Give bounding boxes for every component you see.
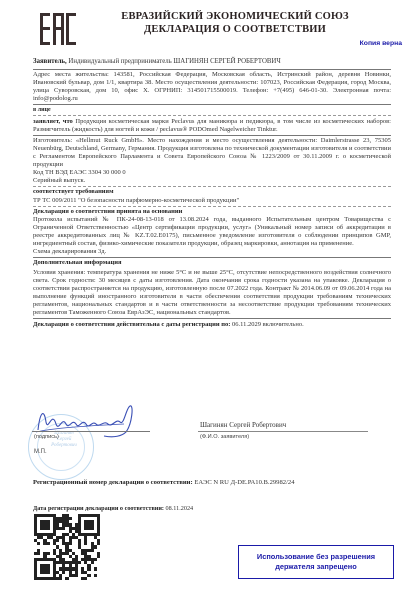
declares-label: заявляет, что: [33, 118, 73, 125]
qr-code-icon[interactable]: [34, 514, 100, 580]
applicant-line: Заявитель, Индивидуальный предпринимател…: [33, 58, 391, 66]
signature-icon: [34, 402, 144, 438]
registration-number-value: ЕАЭС N RU Д-DE.РА10.В.29982/24: [193, 479, 295, 486]
requirements-value: ТР ТС 009/2011 "О безопасности парфюмерн…: [33, 197, 391, 205]
registration-number: Регистрационный номер декларации о соотв…: [33, 479, 295, 486]
title-union: ЕВРАЗИЙСКИЙ ЭКОНОМИЧЕСКИЙ СОЮЗ: [110, 10, 360, 23]
manufacturer-info: Изготовитель: «Hellmut Ruck GmbH». Место…: [33, 137, 391, 169]
validity-label: Декларация о соответствии действительна …: [33, 321, 230, 328]
eac-letter-c: [66, 13, 77, 45]
divider: [33, 257, 391, 258]
applicant-address: Адрес места жительства: 143581, Российск…: [33, 71, 391, 103]
serial-release: Серийный выпуск.: [33, 177, 391, 185]
registration-number-label: Регистрационный номер декларации о соотв…: [33, 479, 193, 486]
divider: [33, 318, 391, 319]
eac-logo: [40, 13, 78, 45]
eac-letter-a: [53, 13, 64, 45]
registration-date-label: Дата регистрации декларации о соответств…: [33, 505, 164, 512]
applicant-value: Индивидуальный предприниматель ШАГИНЯН С…: [67, 58, 281, 65]
signature-caption: (подпись): [34, 434, 59, 440]
validity-date: 06.11.2029 включительно.: [230, 321, 303, 328]
usage-warning-stamp: Использование без разрешения держателя з…: [238, 545, 394, 579]
signature-area: Шагинян Сергей Робертович (подпись) М.П.…: [20, 400, 400, 470]
product-description: заявляет, что Продукция косметическая ма…: [33, 118, 391, 134]
divider: [33, 115, 391, 116]
name-line: [198, 431, 368, 432]
validity-line: Декларация о соответствии действительна …: [33, 321, 391, 329]
applicant-full-name: Шагинян Сергей Робертович: [200, 421, 286, 429]
basis-text: Протокола испытаний № ПК-24-08-13-018 от…: [33, 216, 391, 248]
eac-letter-e: [40, 13, 51, 45]
registration-date-value: 08.11.2024: [164, 505, 193, 512]
additional-info-text: Условия хранения: температура хранения н…: [33, 269, 391, 317]
divider: [33, 186, 391, 187]
divider: [33, 206, 391, 207]
divider: [33, 104, 391, 105]
stamp-place-label: М.П.: [34, 449, 47, 455]
tn-ved-code: Код ТН ВЭД ЕАЭС 3304 30 000 0: [33, 169, 391, 177]
declaration-scheme: Схема декларирования 3д.: [33, 248, 391, 256]
divider: [33, 135, 391, 136]
copy-certified-label: Копия верна: [360, 40, 402, 47]
title-declaration: ДЕКЛАРАЦИЯ О СООТВЕТСТВИИ: [110, 23, 360, 36]
registration-date: Дата регистрации декларации о соответств…: [33, 505, 193, 512]
requirements-label: соответствует требованиям: [33, 188, 391, 196]
additional-info-label: Дополнительная информация: [33, 259, 391, 267]
in-person-label: в лице: [33, 106, 391, 114]
declaration-body: Заявитель, Индивидуальный предпринимател…: [33, 58, 391, 329]
signature-line: [32, 431, 150, 432]
declares-text: Продукция косметическая марки Peclavus д…: [33, 118, 391, 133]
name-caption: (Ф.И.О. заявителя): [200, 434, 249, 440]
basis-label: Декларация о соответствии принята на осн…: [33, 208, 391, 216]
qr-code-grid: [34, 514, 100, 580]
divider: [33, 69, 391, 70]
applicant-label: Заявитель,: [33, 58, 67, 65]
document-title: ЕВРАЗИЙСКИЙ ЭКОНОМИЧЕСКИЙ СОЮЗ ДЕКЛАРАЦИ…: [110, 10, 360, 36]
